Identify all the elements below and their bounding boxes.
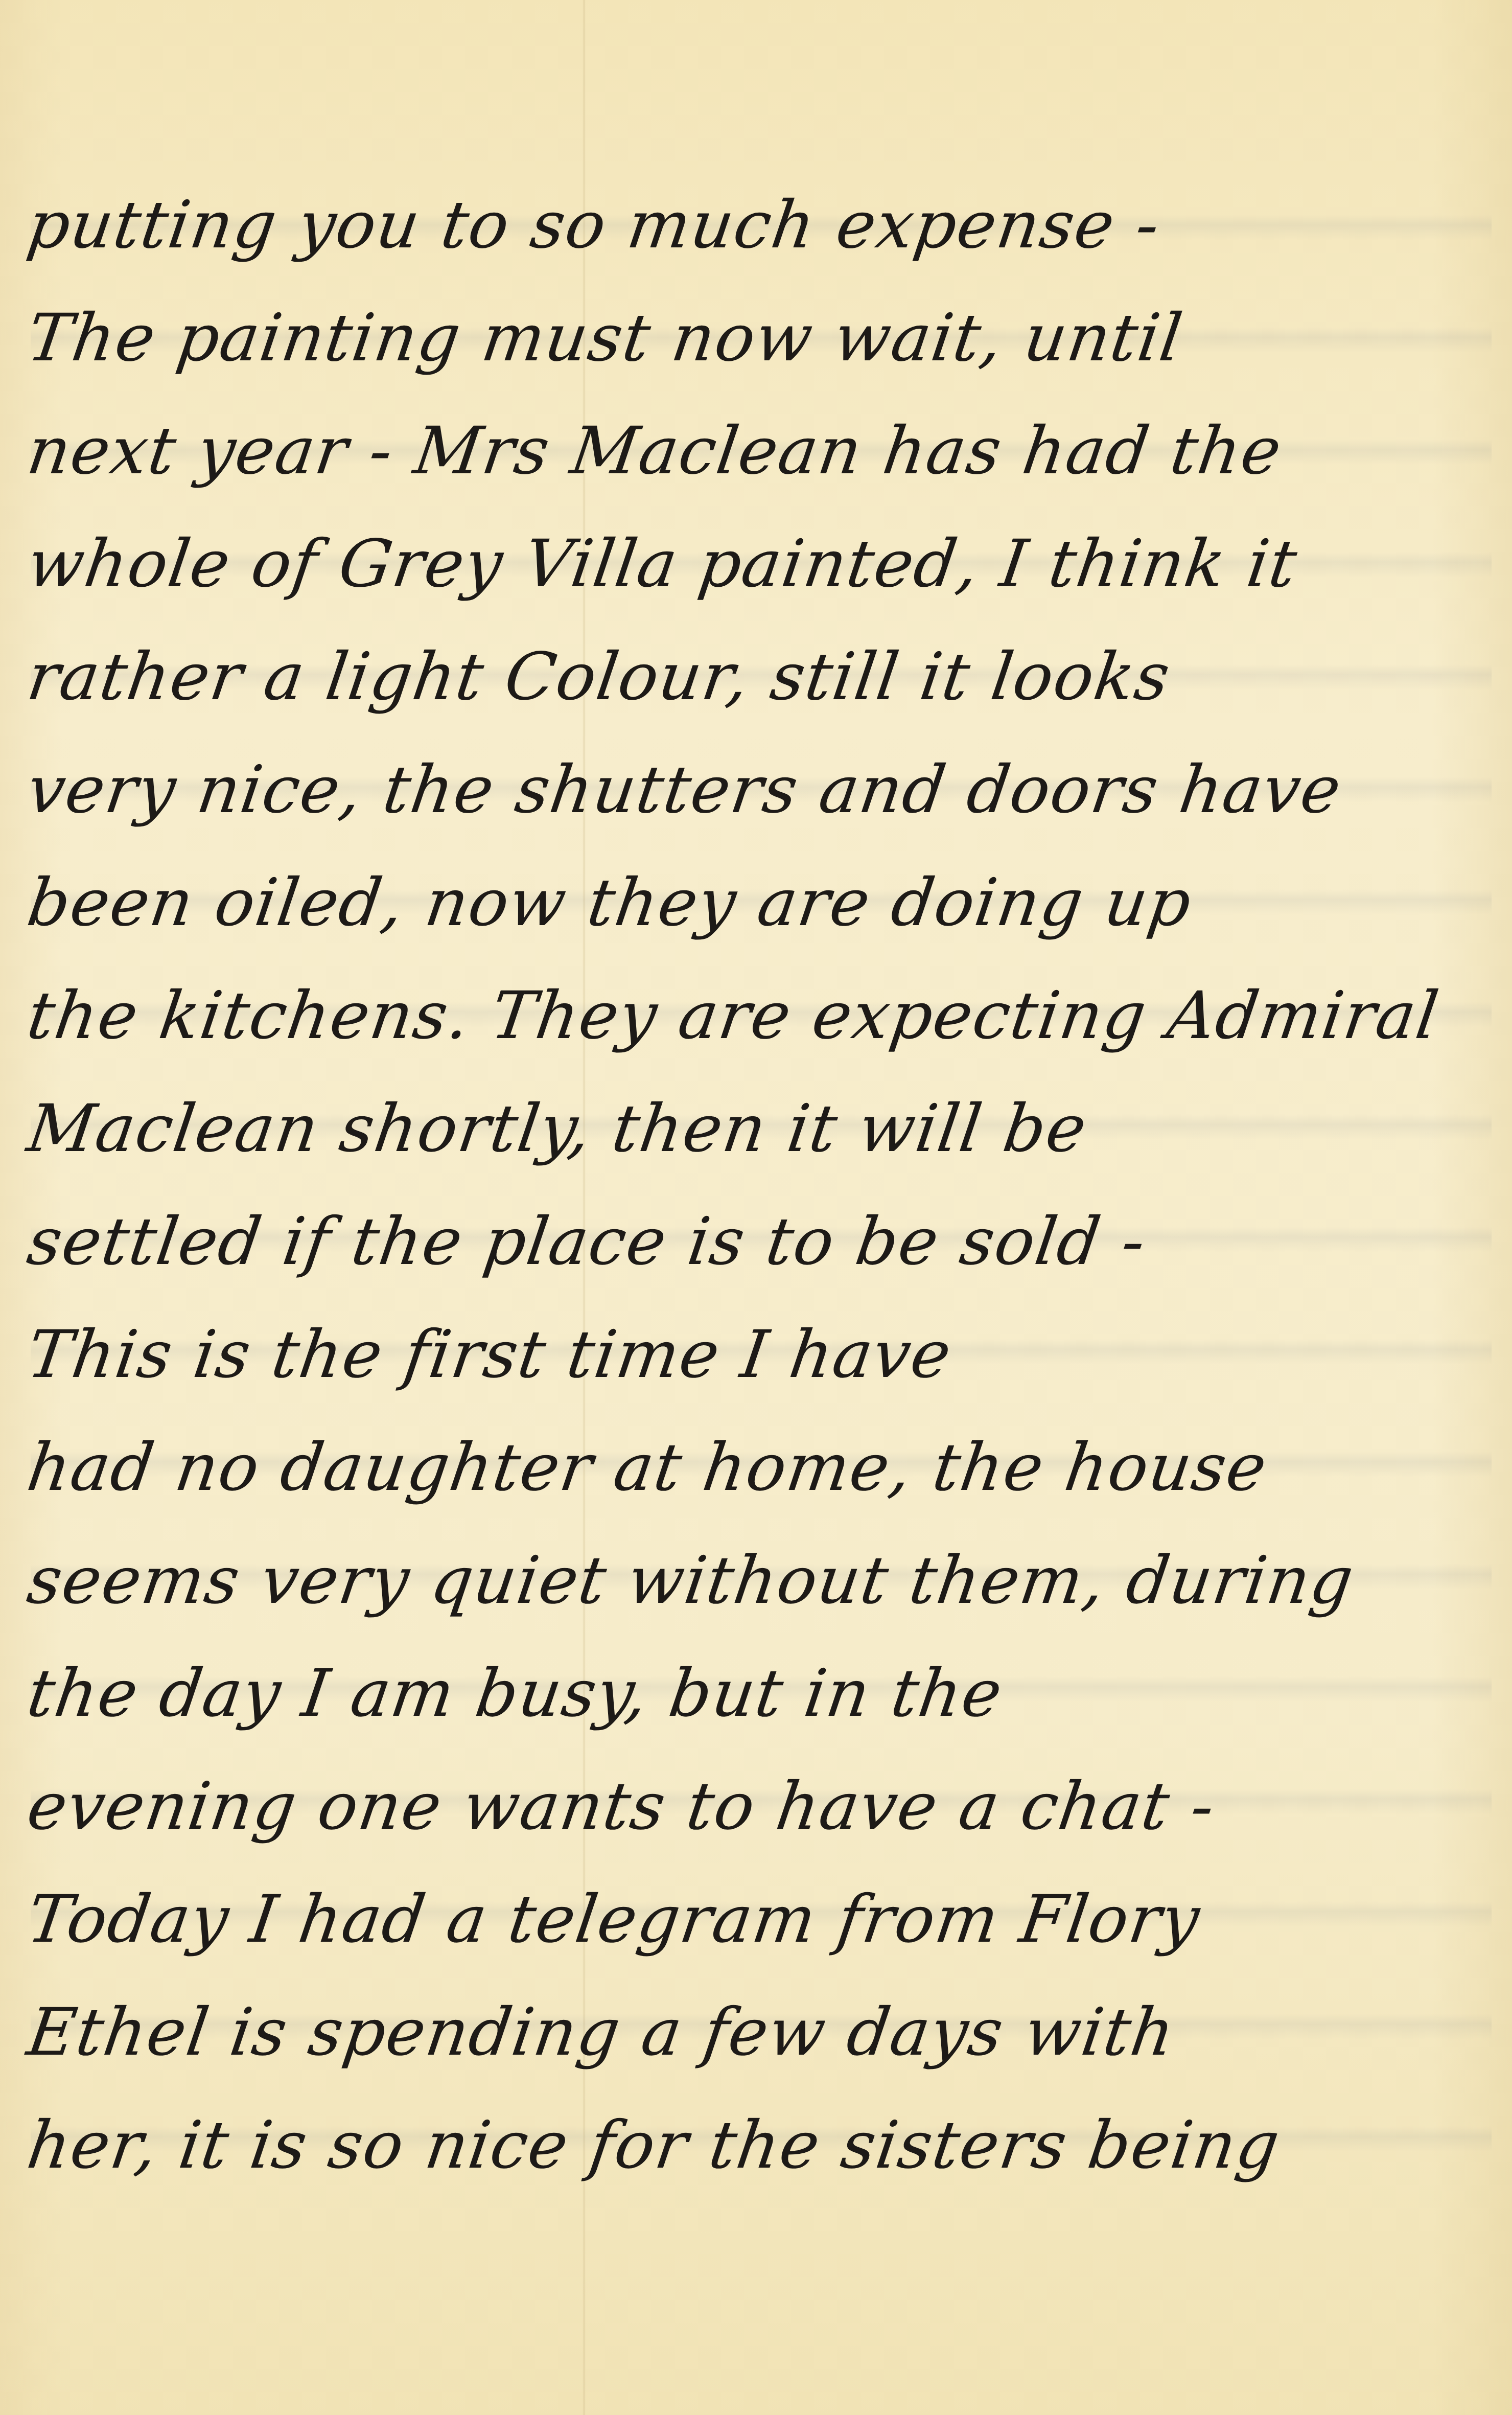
letter-line: putting you to so much expense -	[20, 169, 1497, 282]
letter-line: the day I am busy, but in the	[20, 1637, 1497, 1750]
letter-line: rather a light Colour, still it looks	[20, 620, 1497, 733]
letter-line: seems very quiet without them, during	[20, 1524, 1497, 1637]
letter-line: been oiled, now they are doing up	[20, 846, 1497, 959]
letter-line: next year - Mrs Maclean has had the	[20, 395, 1497, 508]
letter-line: Ethel is spending a few days with	[20, 1976, 1497, 2089]
letter-line: evening one wants to have a chat -	[20, 1750, 1497, 1863]
letter-line: had no daughter at home, the house	[20, 1411, 1497, 1524]
letter-line: very nice, the shutters and doors have	[20, 733, 1497, 846]
letter-line: The painting must now wait, until	[20, 282, 1497, 395]
letter-line: settled if the place is to be sold -	[20, 1185, 1497, 1298]
letter-body: putting you to so much expense - The pai…	[28, 169, 1490, 2202]
letter-line: This is the first time I have	[20, 1298, 1497, 1411]
letter-line: Today I had a telegram from Flory	[20, 1863, 1497, 1976]
letter-line: whole of Grey Villa painted, I think it	[20, 508, 1497, 620]
letter-line: her, it is so nice for the sisters being	[20, 2089, 1497, 2202]
letter-line: Maclean shortly, then it will be	[20, 1072, 1497, 1185]
letter-line: the kitchens. They are expecting Admiral	[20, 959, 1497, 1072]
